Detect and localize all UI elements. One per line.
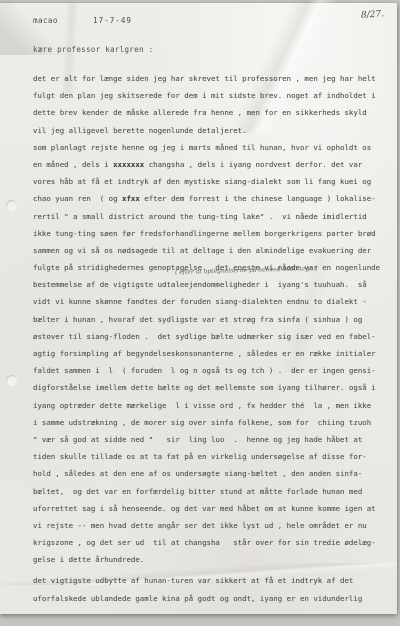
typed-line: østover til siang-floden . det sydlige b… [33,328,391,345]
typed-line: ikke tung-ting søen før fredsforhandling… [33,225,391,242]
typed-line: vil jeg alligevel berette nogenlunde det… [33,122,391,139]
location-label: macao [33,16,58,25]
typed-line: i samme udstrækning , de morer sig over … [33,414,391,431]
salutation: kære professor karlgren : [33,45,153,54]
typed-text: en måned , dels i [33,160,113,169]
typed-line: " vær så god at sidde ned " sir ling luo… [33,431,391,448]
typed-line: vidt vi kunne skønne fandtes der foruden… [33,293,391,310]
typed-line: digforståelse imellem dette bælte og det… [33,379,391,396]
typed-line: dette brev kender de måske allerede fra … [33,104,391,121]
typed-line: fulgt den plan jeg skitserede for dem i … [33,87,391,104]
typed-line: vi rejste -- men hvad dette angår ser de… [33,517,391,534]
punch-hole-top [6,200,17,211]
typed-line: krigszone , og det ser ud til at changsh… [33,534,391,551]
typed-text: efter dem forrest i the chinese language… [140,194,376,203]
overstruck-text: xxxxxxx [113,160,144,169]
typed-text: chao yuan ren ( og [33,194,122,203]
typed-line: bælter i hunan , hvoraf det sydligste va… [33,311,391,328]
typed-line: bæltet, og det var en forfærdelig bitter… [33,483,391,500]
typed-line: som planlagt rejste henne og jeg i marts… [33,139,391,156]
typed-line: hold , således at den ene af os undersøg… [33,465,391,482]
handwritten-page-number: 8/27. [361,9,385,21]
typed-line: gelse i dette århundrede. [33,551,391,568]
typed-text: changsha , dels i iyang nordvest derfor.… [144,160,362,169]
typed-line: uforfalskede ublandede gamle kina på god… [33,590,391,607]
typed-line: uforrettet sag i så henseende. og det va… [33,500,391,517]
letter-body: ( efter at optegnelserne på henved 3000 … [33,70,391,607]
typed-line: bestemmelse af de vigtigste udtaleejendo… [33,276,391,293]
typed-line: iyang optræder dette mærkelige l i visse… [33,397,391,414]
date-label: 17-7-49 [93,16,132,25]
typed-line: det vigtigste udbytte af hunan-turen var… [33,572,391,589]
typed-line: vores håb at få et indtryk af den mystis… [33,173,391,190]
punch-hole-bottom [6,375,17,386]
typed-line: chao yuan ren ( og xfxx efter dem forres… [33,190,391,207]
overstruck-text: xfxx [122,194,140,203]
typed-line: det er alt for længe siden jeg har skrev… [33,70,391,87]
typed-line: sammen og vi så os nødsagede til at delt… [33,242,391,259]
letter-page: 8/27. macao 17-7-49 kære professor karlg… [0,3,397,614]
typed-line: faldet sammen i l ( foruden l og n også … [33,362,391,379]
typed-line: agtig forsimpling af begyndelseskonsonan… [33,345,391,362]
typed-line: en måned , dels i xxxxxxx changsha , del… [33,156,391,173]
typed-line: rertil " a small district around the tun… [33,208,391,225]
typed-line: tiden skulle tillade os at ta fat på en … [33,448,391,465]
